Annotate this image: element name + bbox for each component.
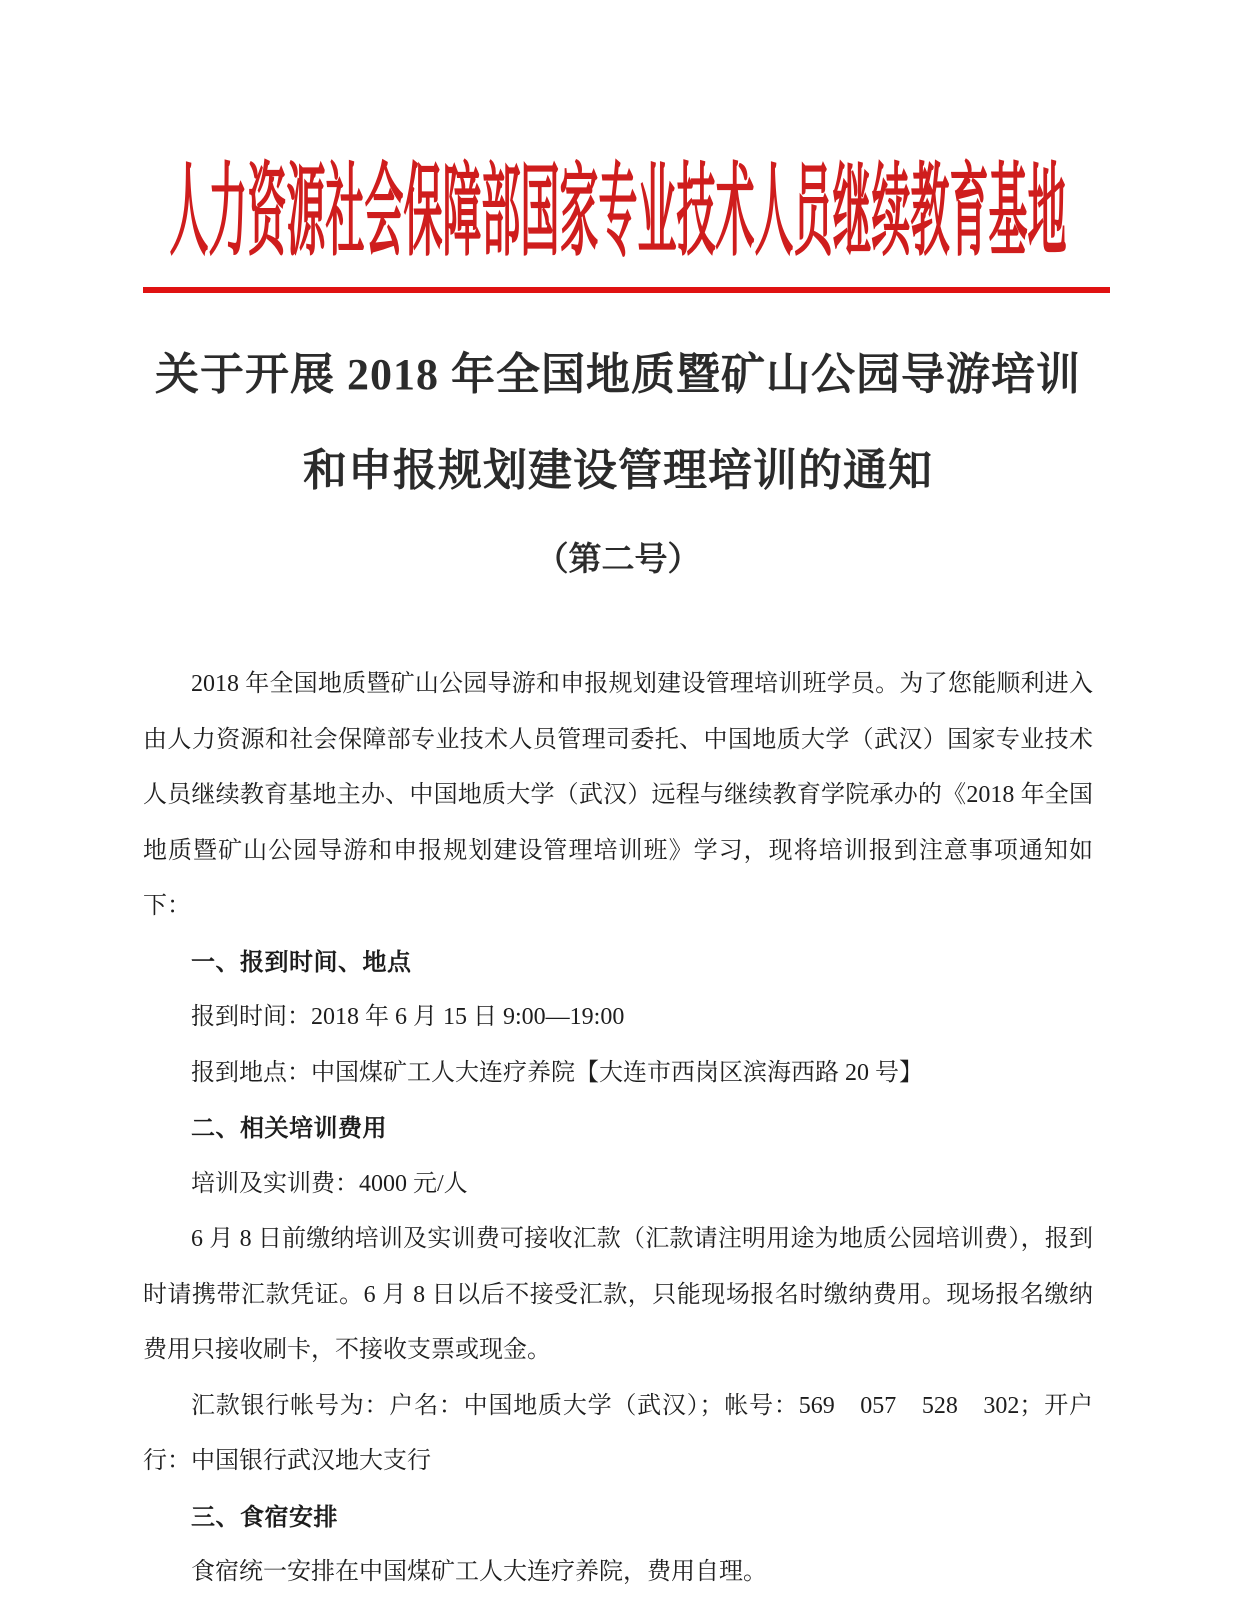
doc-subtitle: （第二号） bbox=[0, 533, 1236, 580]
lodging-line: 食宿统一安排在中国煤矿工人大连疗养院，费用自理。 bbox=[143, 1545, 1093, 1601]
section3-heading: 三、食宿安排 bbox=[143, 1490, 1093, 1546]
section2-heading: 二、相关培训费用 bbox=[143, 1101, 1093, 1157]
doc-title-line2: 和申报规划建设管理培训的通知 bbox=[0, 446, 1236, 497]
doc-title-line1: 关于开展 2018 年全国地质暨矿山公园导游培训 bbox=[0, 350, 1236, 401]
document-page: 人力资源社会保障部国家专业技术人员继续教育基地 关于开展 2018 年全国地质暨… bbox=[0, 0, 1236, 1615]
intro-paragraph: 2018 年全国地质暨矿山公园导游和申报规划建设管理培训班学员。为了您能顺利进入… bbox=[143, 657, 1093, 935]
letterhead-text: 人力资源社会保障部国家专业技术人员继续教育基地 bbox=[169, 162, 1066, 263]
bank-account-paragraph: 汇款银行帐号为：户名：中国地质大学（武汉）；帐号：569 057 528 302… bbox=[143, 1379, 1093, 1490]
payment-paragraph: 6 月 8 日前缴纳培训及实训费可接收汇款（汇款请注明用途为地质公园培训费），报… bbox=[143, 1212, 1093, 1379]
document-body: 2018 年全国地质暨矿山公园导游和申报规划建设管理培训班学员。为了您能顺利进入… bbox=[143, 657, 1093, 1601]
letterhead-rule bbox=[143, 287, 1110, 293]
report-place-line: 报到地点：中国煤矿工人大连疗养院【大连市西岗区滨海西路 20 号】 bbox=[143, 1046, 1093, 1102]
letterhead-banner: 人力资源社会保障部国家专业技术人员继续教育基地 bbox=[0, 150, 1236, 276]
fee-line: 培训及实训费：4000 元/人 bbox=[143, 1157, 1093, 1213]
report-time-line: 报到时间：2018 年 6 月 15 日 9:00—19:00 bbox=[143, 990, 1093, 1046]
section1-heading: 一、报到时间、地点 bbox=[143, 935, 1093, 991]
